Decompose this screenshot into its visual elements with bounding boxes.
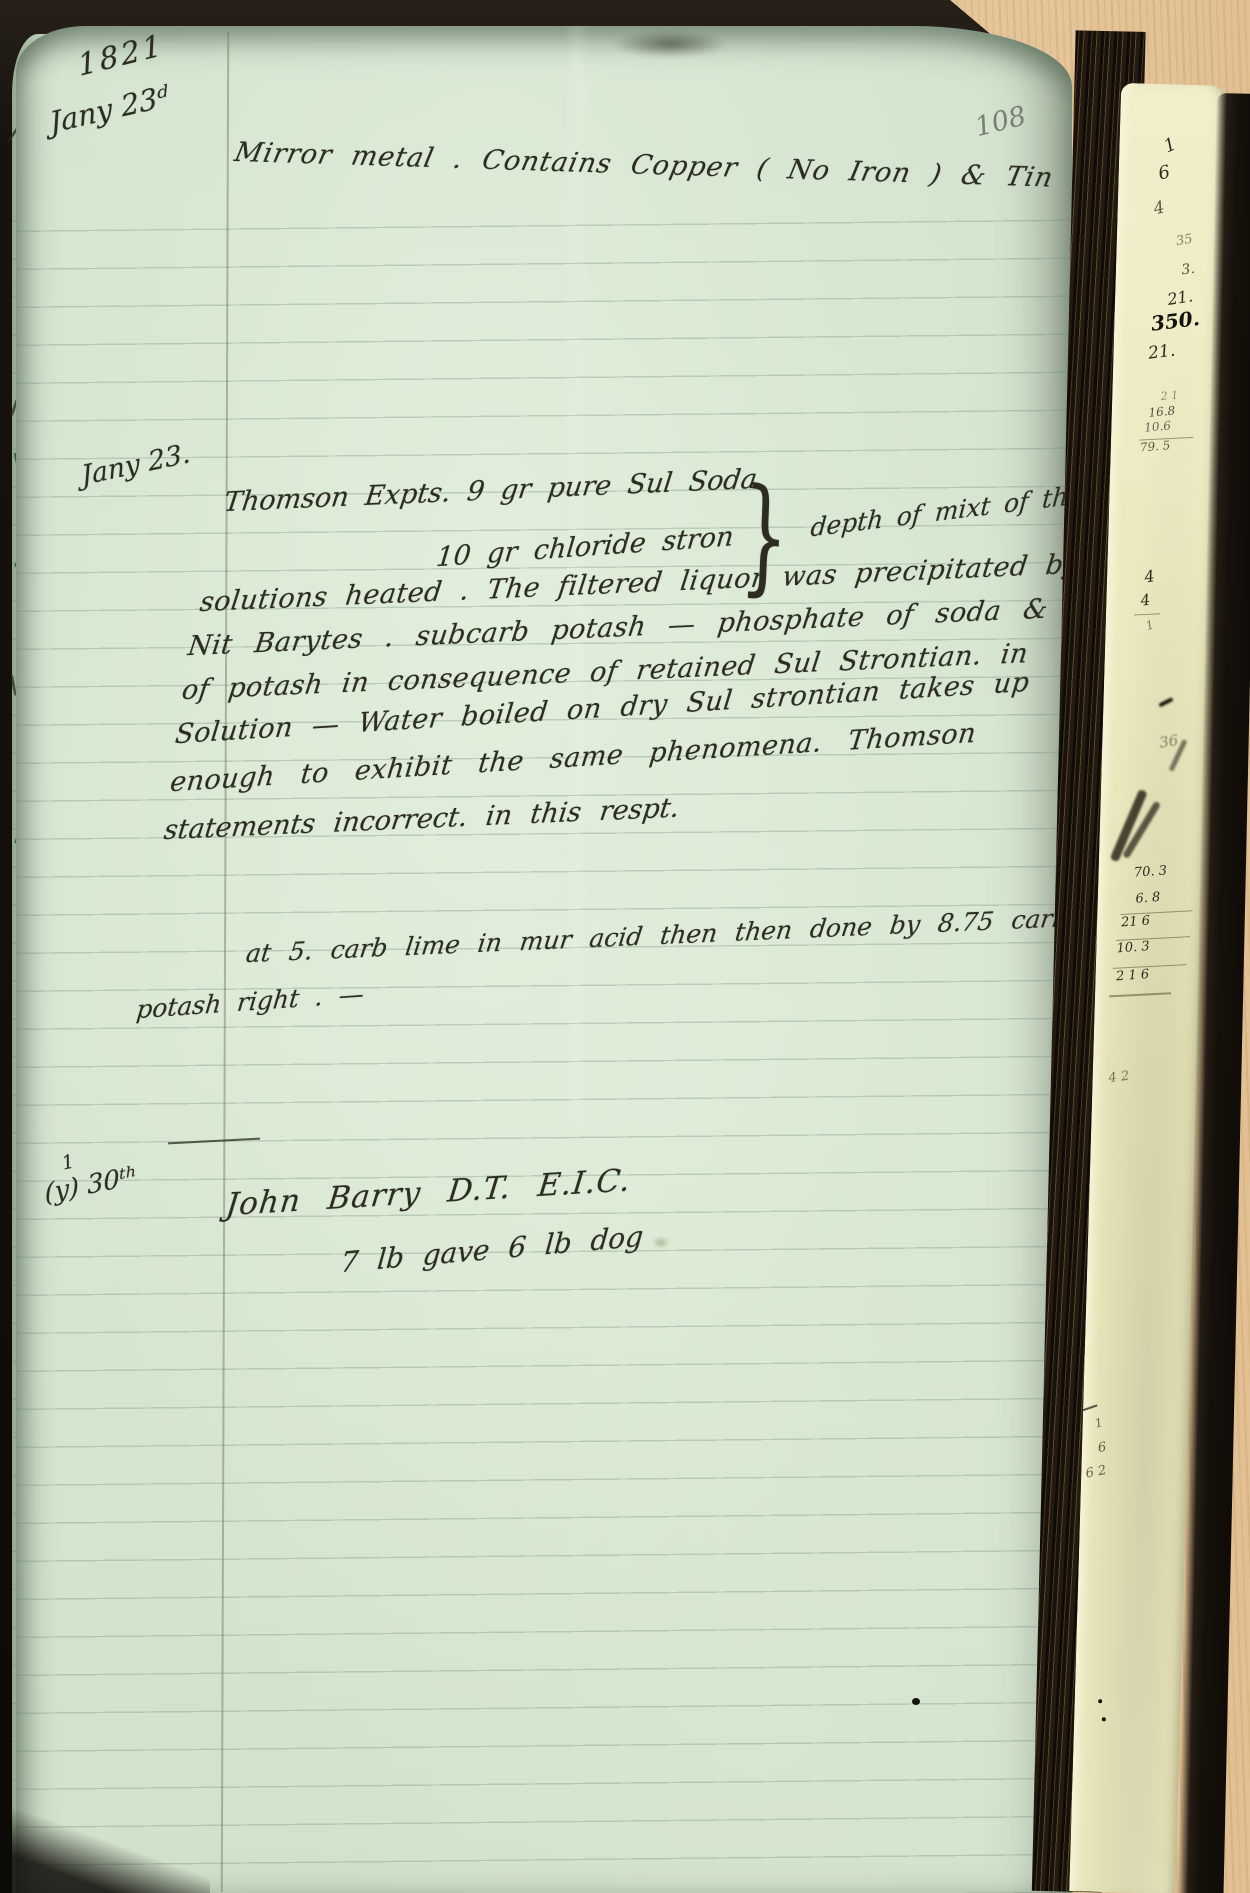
fore-edge-number: 35 xyxy=(1175,232,1194,249)
fore-edge-number: 21. xyxy=(1147,341,1176,364)
page-stain xyxy=(652,1236,670,1249)
ink-dot xyxy=(1098,1699,1102,1703)
fore-edge-number: 2 1 xyxy=(1160,389,1179,403)
fore-edge-number: 16.8 xyxy=(1148,404,1176,420)
ink-dot xyxy=(1102,1717,1106,1721)
book-right-edge: 1 6 4 35 3. 21. 350. 21. 2 1 16.8 10.6 7… xyxy=(1033,0,1250,1893)
bottom-left-shadow xyxy=(0,1803,210,1893)
fore-edge-number: 79. 5 xyxy=(1139,438,1171,455)
fore-edge-number: 4 xyxy=(1139,591,1151,610)
fore-edge-number: 70. 3 xyxy=(1133,863,1167,880)
fore-edge-number: 6. 8 xyxy=(1135,890,1161,907)
fore-edge-number: 3. xyxy=(1181,261,1196,278)
notebook-photograph: 1821 Jany 23ᵈ 108 Mirror metal . Contain… xyxy=(0,0,1250,1893)
fore-edge-number: 10.6 xyxy=(1144,418,1172,434)
fore-edge-number: 2 1 6 xyxy=(1116,967,1150,984)
fore-edge-number: 21. xyxy=(1166,286,1194,309)
fore-edge-number: 36 xyxy=(1158,731,1180,752)
page-smudge xyxy=(612,30,728,58)
fore-edge-number: 4 2 xyxy=(1108,1069,1130,1086)
fore-edge-number: 21 6 xyxy=(1121,913,1151,930)
main-page xyxy=(16,26,1072,1893)
ink-dot xyxy=(912,1698,920,1705)
fore-edge-number: 10. 3 xyxy=(1116,939,1150,956)
